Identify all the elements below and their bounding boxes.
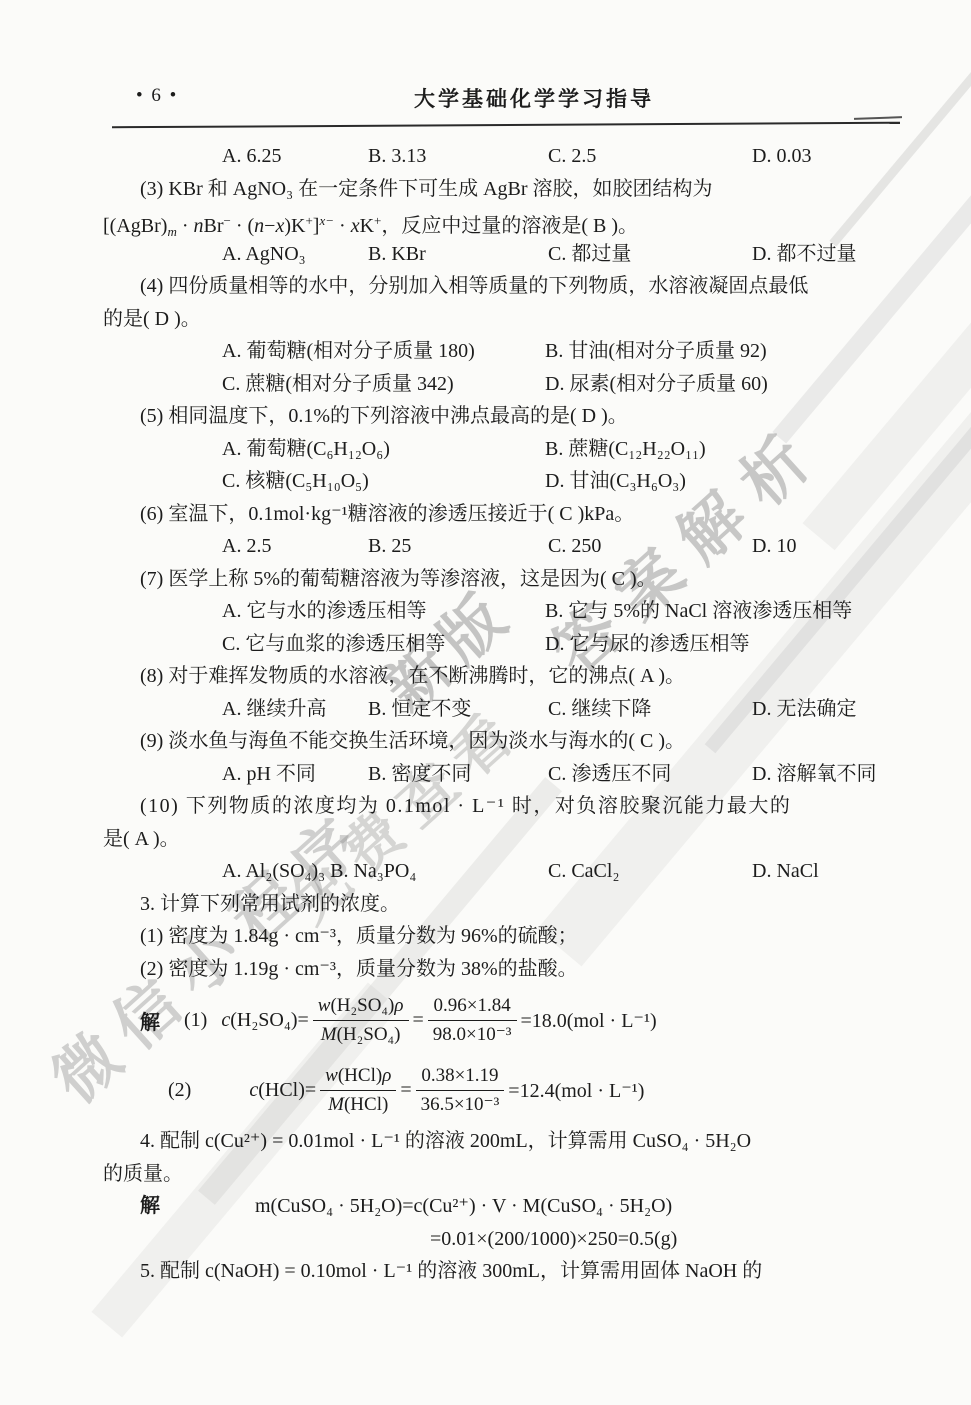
prev-question-options: A. 6.25 B. 3.13 C. 2.5 D. 0.03 (0, 140, 971, 173)
option-d: D. 0.03 (752, 140, 811, 173)
solution-3-no2: (2) (168, 1079, 191, 1102)
solution-3-line1: 解 (1) c(H₂SO₄)= w(H₂SO₄)ρ M(H₂SO₄) = 0.9… (0, 985, 971, 1055)
fraction-numerator: 0.38×1.19 (416, 1064, 505, 1091)
fraction-numerator: 0.96×1.84 (428, 994, 517, 1021)
option-c: C. 250 (548, 530, 601, 563)
page-body: A. 6.25 B. 3.13 C. 2.5 D. 0.03 (3) KBr 和… (0, 140, 971, 1288)
option-d: D. 它与尿的渗透压相等 (545, 628, 749, 661)
fraction-w-hcl: w(HCl)ρ M(HCl) (320, 1064, 396, 1117)
solution-3-no1: (1) (184, 1009, 207, 1032)
question-7-options-ab: A. 它与水的渗透压相等 B. 它与 5%的 NaCl 溶液渗透压相等 (0, 595, 971, 628)
option-b: B. 蔗糖(C₁₂H₂₂O₁₁) (545, 433, 706, 466)
option-d: D. 溶解氧不同 (752, 758, 876, 791)
fraction-numerator: w(H₂SO₄)ρ (313, 994, 409, 1021)
solution-3-line2: (2) c(HCl)= w(HCl)ρ M(HCl) = 0.38×1.19 3… (0, 1055, 971, 1125)
item-4-line2: 的质量。 (0, 1158, 971, 1191)
fraction-w-h2so4: w(H₂SO₄)ρ M(H₂SO₄) (313, 994, 409, 1047)
question-5-options-cd: C. 核糖(C₅H₁₀O₅) D. 甘油(C₃H₆O₃) (0, 465, 971, 498)
option-d: D. 都不过量 (752, 238, 856, 271)
solution-3-result1: =18.0(mol · L⁻¹) (521, 1008, 657, 1033)
item-3-title: 3. 计算下列常用试剂的浓度。 (0, 888, 971, 921)
option-b: B. 恒定不变 (368, 693, 471, 726)
question-7-line1: (7) 医学上称 5%的葡萄糖溶液为等渗溶液，这是因为( C )。 (0, 563, 971, 596)
equals-sign: = (413, 1009, 424, 1032)
option-d: D. 尿素(相对分子质量 60) (545, 368, 768, 401)
option-b: B. 25 (368, 530, 411, 563)
header-rule-artifact (854, 116, 902, 120)
item-5-line1: 5. 配制 c(NaOH) = 0.10mol · L⁻¹ 的溶液 300mL，… (0, 1255, 971, 1288)
question-6-options: A. 2.5 B. 25 C. 250 D. 10 (0, 530, 971, 563)
question-10-options: A. Al₂(SO₄)₃ B. Na₃PO₄ C. CaCl₂ D. NaCl (0, 855, 971, 888)
question-4-line1: (4) 四份质量相等的水中，分别加入相等质量的下列物质，水溶液凝固点最低 (0, 270, 971, 303)
item-3-sub2: (2) 密度为 1.19g · cm⁻³，质量分数为 38%的盐酸。 (0, 953, 971, 986)
item-3-sub1: (1) 密度为 1.84g · cm⁻³，质量分数为 96%的硫酸； (0, 920, 971, 953)
option-d: D. 10 (752, 530, 796, 563)
question-7-options-cd: C. 它与血浆的渗透压相等 D. 它与尿的渗透压相等 (0, 628, 971, 661)
solution-3-result2: =12.4(mol · L⁻¹) (508, 1078, 644, 1103)
option-c: C. 核糖(C₅H₁₀O₅) (222, 465, 369, 498)
question-10-line2: 是( A )。 (0, 823, 971, 856)
solution-label: 解 (140, 1006, 160, 1035)
option-a: A. 继续升高 (222, 693, 326, 726)
option-c: C. 蔗糖(相对分子质量 342) (222, 368, 454, 401)
question-3-formula: [(AgBr)m · nBr− · (n−x)K+]x− · xK+，反应中过量… (0, 205, 971, 238)
question-9-line1: (9) 淡水鱼与海鱼不能交换生活环境，因为淡水与海水的( C )。 (0, 725, 971, 758)
option-ab: A. Al₂(SO₄)₃ B. Na₃PO₄ (222, 855, 416, 888)
option-c: C. 2.5 (548, 140, 596, 173)
fraction-denominator: 98.0×10⁻³ (428, 1021, 517, 1047)
solution-3-lhs1: c(H₂SO₄)= (221, 1009, 308, 1032)
option-a: A. 它与水的渗透压相等 (222, 595, 426, 628)
fraction-values-2: 0.38×1.19 36.5×10⁻³ (416, 1064, 505, 1117)
fraction-denominator: M(H₂SO₄) (313, 1021, 409, 1047)
option-d: D. NaCl (752, 855, 819, 888)
solution-4-line2: =0.01×(200/1000)×250=0.5(g) (0, 1223, 971, 1256)
option-d: D. 无法确定 (752, 693, 856, 726)
question-3-line1: (3) KBr 和 AgNO₃ 在一定条件下可生成 AgBr 溶胶，如胶团结构为 (0, 173, 971, 206)
question-10-line1: (10) 下列物质的浓度均为 0.1mol · L⁻¹ 时，对负溶胶聚沉能力最大… (0, 790, 971, 823)
question-5-options-ab: A. 葡萄糖(C₆H₁₂O₆) B. 蔗糖(C₁₂H₂₂O₁₁) (0, 433, 971, 466)
question-3-options: A. AgNO₃ B. KBr C. 都过量 D. 都不过量 (0, 238, 971, 271)
option-b: B. 它与 5%的 NaCl 溶液渗透压相等 (545, 595, 852, 628)
option-c: C. CaCl₂ (548, 855, 619, 888)
option-b: B. 密度不同 (368, 758, 471, 791)
fraction-denominator: M(HCl) (320, 1091, 396, 1117)
fraction-denominator: 36.5×10⁻³ (416, 1091, 505, 1117)
solution-label: 解 (140, 1190, 160, 1223)
question-5-line1: (5) 相同温度下，0.1%的下列溶液中沸点最高的是( D )。 (0, 400, 971, 433)
option-a: A. 6.25 (222, 140, 281, 173)
question-4-line2: 的是( D )。 (0, 303, 971, 336)
option-a: A. 葡萄糖(C₆H₁₂O₆) (222, 433, 390, 466)
option-a: A. 葡萄糖(相对分子质量 180) (222, 335, 475, 368)
question-4-options-ab: A. 葡萄糖(相对分子质量 180) B. 甘油(相对分子质量 92) (0, 335, 971, 368)
question-6-line1: (6) 室温下，0.1mol·kg⁻¹糖溶液的渗透压接近于( C )kPa。 (0, 498, 971, 531)
solution-4-line1: 解 m(CuSO₄ · 5H₂O)=c(Cu²⁺) · V · M(CuSO₄ … (0, 1190, 971, 1223)
option-c: C. 继续下降 (548, 693, 651, 726)
solution-4-formula: m(CuSO₄ · 5H₂O)=c(Cu²⁺) · V · M(CuSO₄ · … (255, 1190, 672, 1223)
option-b: B. 3.13 (368, 140, 426, 173)
option-c: C. 渗透压不同 (548, 758, 671, 791)
running-header-title: 大学基础化学学习指导 (414, 83, 654, 113)
option-b: B. KBr (368, 238, 426, 271)
header-rule (112, 122, 900, 129)
option-a: A. AgNO₃ (222, 238, 306, 271)
scanned-textbook-page: 微信小程序 免费查看 新版 答案解析 • 6 • 大学基础化学学习指导 A. 6… (0, 0, 971, 1405)
option-b: B. 甘油(相对分子质量 92) (545, 335, 767, 368)
option-a: A. 2.5 (222, 530, 271, 563)
option-a: A. pH 不同 (222, 758, 316, 791)
option-d: D. 甘油(C₃H₆O₃) (545, 465, 686, 498)
fraction-values-1: 0.96×1.84 98.0×10⁻³ (428, 994, 517, 1047)
option-c: C. 它与血浆的渗透压相等 (222, 628, 445, 661)
solution-3-lhs2: c(HCl)= (249, 1079, 316, 1102)
equals-sign: = (400, 1079, 411, 1102)
solution-4-result: =0.01×(200/1000)×250=0.5(g) (430, 1223, 677, 1256)
item-4-line1: 4. 配制 c(Cu²⁺) = 0.01mol · L⁻¹ 的溶液 200mL，… (0, 1125, 971, 1158)
fraction-numerator: w(HCl)ρ (320, 1064, 396, 1091)
question-4-options-cd: C. 蔗糖(相对分子质量 342) D. 尿素(相对分子质量 60) (0, 368, 971, 401)
question-8-options: A. 继续升高 B. 恒定不变 C. 继续下降 D. 无法确定 (0, 693, 971, 726)
option-c: C. 都过量 (548, 238, 631, 271)
page-number: • 6 • (136, 85, 178, 107)
question-9-options: A. pH 不同 B. 密度不同 C. 渗透压不同 D. 溶解氧不同 (0, 758, 971, 791)
question-8-line1: (8) 对于难挥发物质的水溶液，在不断沸腾时，它的沸点( A )。 (0, 660, 971, 693)
